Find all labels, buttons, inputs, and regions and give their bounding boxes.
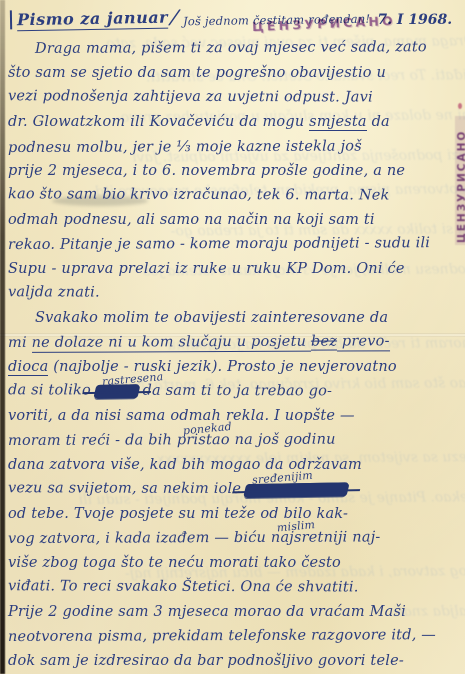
letter-text: što sam se sjetio da sam te pogrešno oba… <box>8 65 386 81</box>
letter-line: dok sam je izdresirao da bar podnošljivo… <box>8 649 463 674</box>
letter-text: prije 2 mjeseca, i to 6. novembra prošle… <box>8 163 405 179</box>
correction-wrap: najsretnijimislim <box>271 526 348 551</box>
letter-text: moram ti reći - da bih <box>8 432 177 449</box>
letter-line: Draga mama, pišem ti za ovaj mjesec već … <box>8 35 463 61</box>
letter-line: kao što sam bio krivo izračunao, tek 6. … <box>8 182 463 208</box>
inserted-word: mislim <box>276 513 316 541</box>
letter-text: prevo- <box>337 333 390 351</box>
letter-line: od tebe. Tvoje posjete su mi teže od bil… <box>8 502 463 527</box>
letter-text: viđati. To reci svakako Štetici. Ona će … <box>8 578 359 595</box>
letter-line: dioca (najbolje - ruski jezik). Prosto j… <box>8 355 463 380</box>
inserted-word: ponekad <box>182 414 233 443</box>
title-separator: / <box>169 5 179 30</box>
letter-text: podnesu molbu, jer je <box>8 139 176 156</box>
letter-text: ne dolaze ni u kom slučaju u posjetu <box>32 334 311 353</box>
letter-text: da si toliko <box>8 382 96 398</box>
correction-wrap: xxxxxrastresena <box>96 379 138 404</box>
letter-text: dioca <box>8 359 48 377</box>
letter-line: dana zatvora više, kad bih mogao da održ… <box>8 453 463 478</box>
ink-dot <box>458 103 462 109</box>
letter-line: odmah podnesu, ali samo na način na koji… <box>8 208 463 233</box>
letter-line: mi ne dolaze ni u kom slučaju u posjetu … <box>8 329 463 355</box>
letter-body: Draga mama, pišem ti za ovaj mjesec već … <box>8 36 463 673</box>
letter-text: više zbog toga što te neću morati tako č… <box>8 555 341 571</box>
letter-line: neotvorena pisma, prekidam telefonske ra… <box>8 623 463 649</box>
letter-title: Pismo za januar <box>10 8 168 30</box>
letter-line: Svakako molim te obavijesti zainteresova… <box>8 306 463 331</box>
letter-text: vezi podnošenja zahtijeva za uvjetni odp… <box>8 88 373 105</box>
letter-text: dr. Glowatzkom ili Kovačeviću da mogu <box>8 114 309 130</box>
letter-text: valjda znati. <box>8 284 100 300</box>
censorship-stamp-side: ЦЕНЗУРИСАНО <box>455 116 465 245</box>
letter-text: da sam ti to ja trebao go- <box>138 383 333 400</box>
scan-edge <box>0 0 5 674</box>
letter-text: rekao. Pitanje je samo - kome moraju pod… <box>8 235 430 253</box>
letter-line: prije 2 mjeseca, i to 6. novembra prošle… <box>8 159 463 184</box>
letter-text: bez <box>311 334 337 351</box>
letter-text: moje kazne istekla još <box>191 138 362 155</box>
letter-line: vezi podnošenja zahtijeva za uvjetni odp… <box>8 84 463 110</box>
letter-line: dr. Glowatzkom ili Kovačeviću da mogu sm… <box>8 110 463 135</box>
letter-text: vog zatvora, i kada izađem — biću <box>8 530 271 547</box>
letter-title-text: Pismo za januar <box>17 8 168 32</box>
letter-line: rekao. Pitanje je samo - kome moraju pod… <box>8 231 463 257</box>
letter-line: Prije 2 godine sam 3 mjeseca morao da vr… <box>8 600 463 625</box>
letter-page: Draga mama, pišem ti za ovaj mjesec već … <box>0 0 465 674</box>
letter-text: ⅓ <box>176 137 191 155</box>
inserted-word: sređenijim <box>251 463 314 493</box>
letter-line: vog zatvora, i kada izađem — biću najsre… <box>8 525 463 551</box>
letter-line: da si toliko xxxxxrastresena da sam ti t… <box>8 378 463 404</box>
letter-text: Prije 2 godine sam 3 mjeseca morao da vr… <box>8 604 406 620</box>
letter-line: voriti, a da nisi sama odmah rekla. I uo… <box>8 404 463 429</box>
letter-line: Supu - uprava prelazi iz ruke u ruku KP … <box>8 257 463 282</box>
letter-text: naj- <box>347 529 380 545</box>
letter-text: neotvorena pisma, prekidam telefonske ra… <box>8 627 436 645</box>
letter-text: Draga mama, pišem ti za ovaj mjesec već … <box>35 39 427 57</box>
letter-text: na još godinu <box>230 432 336 448</box>
letter-line: više zbog toga što te neću morati tako č… <box>8 551 463 576</box>
letter-text: da <box>367 114 390 130</box>
letter-line: vezu sa svijetom, sa nekim iole xxxxxxxx… <box>8 476 463 502</box>
letter-text: smjesta <box>309 114 367 132</box>
correction-wrap: pristaoponekad <box>177 428 230 453</box>
correction-wrap: xxxxxxxxxxxxsređenijim <box>246 477 347 502</box>
letter-line: moram ti reći - da bih pristaoponekad na… <box>8 427 463 453</box>
letter-text: odmah podnesu, ali samo na način na koji… <box>8 212 375 228</box>
letter-text: dok sam je izdresirao da bar podnošljivo… <box>8 653 404 669</box>
letter-text: kao što sam bio krivo izračunao, tek 6. … <box>8 186 390 203</box>
inserted-word: rastresena <box>101 365 164 395</box>
letter-text: mi <box>8 335 32 351</box>
letter-line: viđati. To reci svakako Štetici. Ona će … <box>8 574 463 600</box>
letter-line: valjda znati. <box>8 280 463 306</box>
letter-text: vezu sa svijetom, sa nekim iole <box>8 480 246 497</box>
letter-line: podnesu molbu, jer je ⅓ moje kazne istek… <box>8 133 463 159</box>
letter-line: što sam se sjetio da sam te pogrešno oba… <box>8 61 463 86</box>
letter-text: Svakako molim te obavijesti zainteresova… <box>35 310 388 326</box>
letter-text: Supu - uprava prelazi iz ruke u ruku KP … <box>8 261 405 277</box>
